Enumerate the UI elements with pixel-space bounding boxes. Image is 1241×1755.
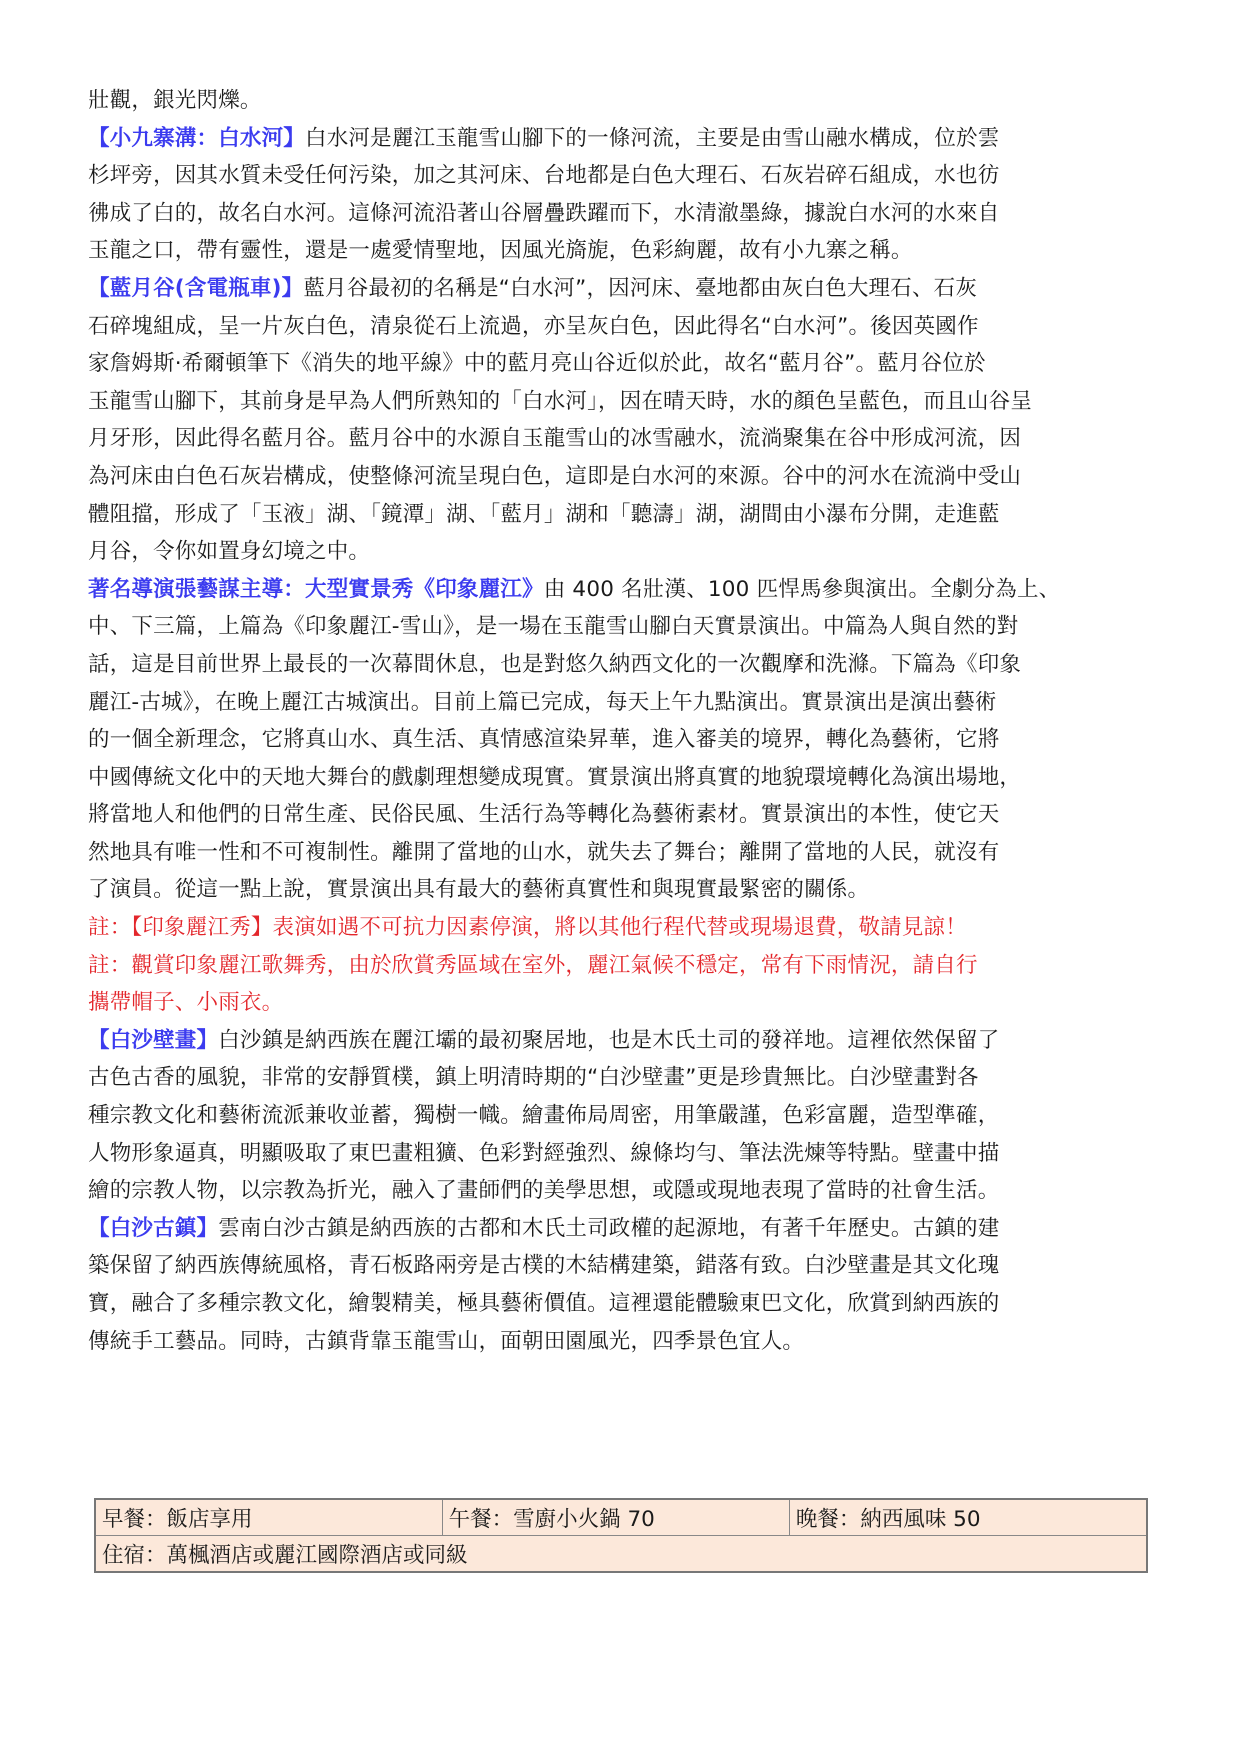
meals-table: 早餐：飯店享用 午餐：雪廚小火鍋 70 晚餐：納西風味 50 住宿：萬楓酒店或麗… bbox=[94, 1498, 1148, 1573]
section-baishuihe: 【小九寨溝：白水河】白水河是麗江玉龍雪山腳下的一條河流，主要是由雪山融水構成，位… bbox=[88, 120, 1168, 270]
section-heading: 著名導演張藝謀主導：大型實景秀《印象麗江》 bbox=[88, 577, 544, 602]
lodging-cell: 住宿：萬楓酒店或麗江國際酒店或同級 bbox=[95, 1536, 1147, 1573]
lunch-cell: 午餐：雪廚小火鍋 70 bbox=[442, 1499, 789, 1536]
itinerary-page: 壯觀，銀光閃爍。 【小九寨溝：白水河】白水河是麗江玉龍雪山腳下的一條河流，主要是… bbox=[88, 82, 1168, 1360]
meals-row: 早餐：飯店享用 午餐：雪廚小火鍋 70 晚餐：納西風味 50 bbox=[95, 1499, 1147, 1536]
notes: 註：【印象麗江秀】表演如遇不可抗力因素停演，將以其他行程代替或現場退費，敬請見諒… bbox=[88, 909, 1168, 1022]
note: 攜帶帽子、小雨衣。 bbox=[88, 984, 1168, 1022]
section-baisha-murals: 【白沙壁畫】白沙鎮是納西族在麗江壩的最初聚居地，也是木氏土司的發祥地。這裡依然保… bbox=[88, 1022, 1168, 1210]
dinner-cell: 晚餐：納西風味 50 bbox=[789, 1499, 1147, 1536]
section-heading: 【小九寨溝：白水河】 bbox=[88, 126, 305, 151]
section-heading: 【白沙古鎮】 bbox=[88, 1216, 218, 1241]
note: 註：觀賞印象麗江歌舞秀，由於欣賞秀區域在室外，麗江氣候不穩定，常有下雨情況，請自… bbox=[88, 947, 1168, 985]
section-baisha-town: 【白沙古鎮】雲南白沙古鎮是納西族的古都和木氏土司政權的起源地，有著千年歷史。古鎮… bbox=[88, 1210, 1168, 1360]
section-lanyuegu: 【藍月谷(含電瓶車)】藍月谷最初的名稱是“白水河”，因河床、臺地都由灰白色大理石… bbox=[88, 270, 1168, 571]
intro-tail: 壯觀，銀光閃爍。 bbox=[88, 82, 1168, 120]
section-heading: 【藍月谷(含電瓶車)】 bbox=[88, 276, 303, 301]
section-heading: 【白沙壁畫】 bbox=[88, 1028, 218, 1053]
lodging-row: 住宿：萬楓酒店或麗江國際酒店或同級 bbox=[95, 1536, 1147, 1573]
section-impression-lijiang: 著名導演張藝謀主導：大型實景秀《印象麗江》由 400 名壯漢、100 匹悍馬參與… bbox=[88, 571, 1168, 909]
note: 註：【印象麗江秀】表演如遇不可抗力因素停演，將以其他行程代替或現場退費，敬請見諒… bbox=[88, 909, 1168, 947]
breakfast-cell: 早餐：飯店享用 bbox=[95, 1499, 442, 1536]
